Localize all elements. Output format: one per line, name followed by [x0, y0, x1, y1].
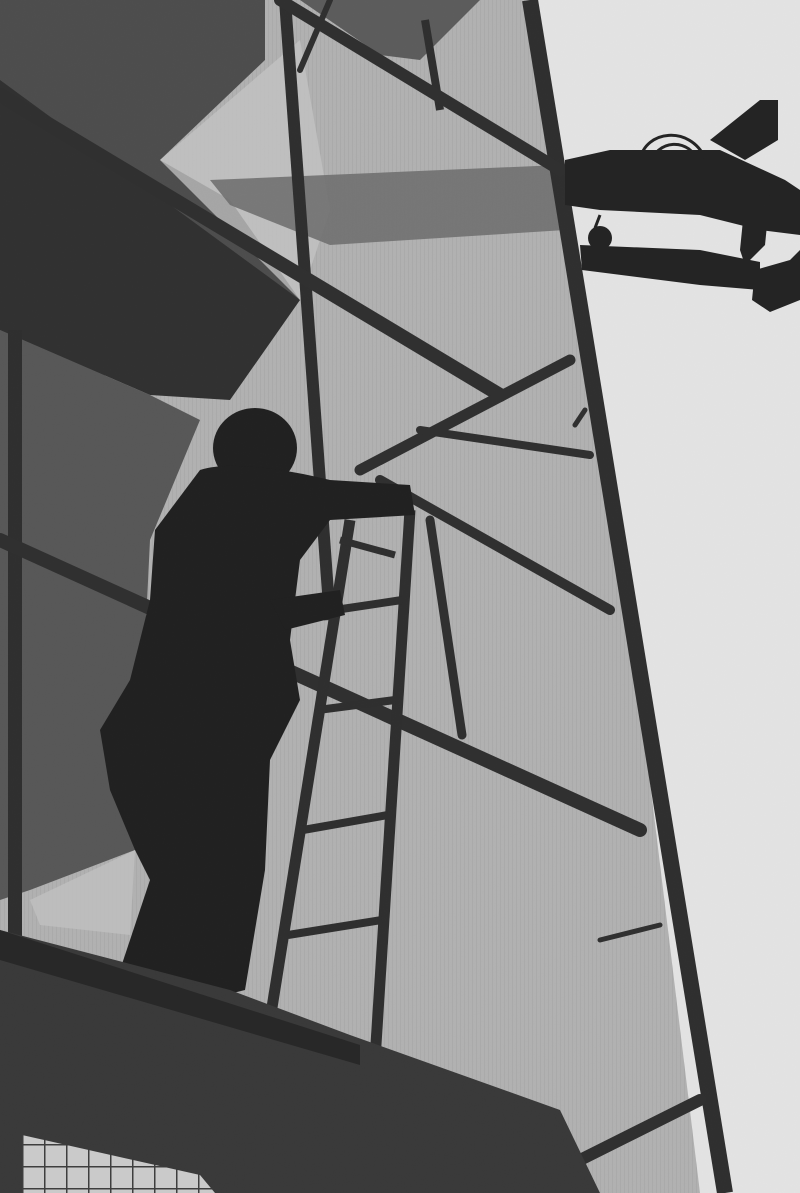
photograph: Worker in silhouette on scaffolding behi…: [0, 0, 800, 1193]
photo-canvas: [0, 0, 800, 1193]
film-grain: [0, 0, 800, 1193]
